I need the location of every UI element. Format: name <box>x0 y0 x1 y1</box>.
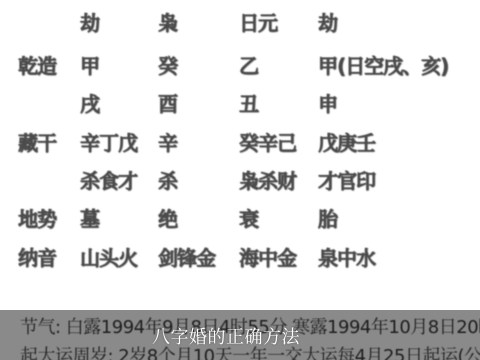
ten-gods-hour: 才官印 <box>318 170 375 192</box>
ten-gods-year: 杀食才 <box>80 170 137 192</box>
nayin-hour: 泉中水 <box>318 247 375 269</box>
row-label-nayin: 纳音 <box>18 247 56 269</box>
earthly-branch-month: 酉 <box>158 93 177 115</box>
image-caption: 八字婚的正确方法 <box>152 323 300 349</box>
life-stage-month: 绝 <box>158 208 177 230</box>
heavenly-stem-year: 甲 <box>80 55 99 77</box>
header-year: 劫 <box>80 12 99 34</box>
header-day: 日元 <box>239 12 277 34</box>
hidden-stems-month: 辛 <box>158 132 177 154</box>
ten-gods-day: 枭杀财 <box>239 170 296 192</box>
row-label-gender: 乾造 <box>18 55 56 77</box>
nayin-month: 剑锋金 <box>158 247 215 269</box>
nayin-year: 山头火 <box>80 247 137 269</box>
ten-gods-month: 杀 <box>158 170 177 192</box>
life-stage-year: 墓 <box>80 208 99 230</box>
bazi-chart: 劫 枭 日元 劫 乾造 甲 癸 乙 甲(日空戌、亥) 戌 酉 丑 申 藏干 辛丁… <box>0 0 480 310</box>
row-label-hidden-stems: 藏干 <box>18 132 56 154</box>
earthly-branch-hour: 申 <box>318 93 337 115</box>
nayin-day: 海中金 <box>239 247 296 269</box>
header-hour: 劫 <box>318 12 337 34</box>
header-month: 枭 <box>158 12 177 34</box>
hidden-stems-hour: 戊庚壬 <box>318 132 375 154</box>
earthly-branch-day: 丑 <box>239 93 258 115</box>
earthly-branch-year: 戌 <box>80 93 99 115</box>
life-stage-day: 衰 <box>239 208 258 230</box>
heavenly-stem-day: 乙 <box>239 55 258 77</box>
heavenly-stem-month: 癸 <box>158 55 177 77</box>
heavenly-stem-hour: 甲(日空戌、亥) <box>318 55 448 77</box>
row-label-life-stage: 地势 <box>18 208 56 230</box>
hidden-stems-day: 癸辛己 <box>239 132 296 154</box>
life-stage-hour: 胎 <box>318 208 337 230</box>
hidden-stems-year: 辛丁戊 <box>80 132 137 154</box>
